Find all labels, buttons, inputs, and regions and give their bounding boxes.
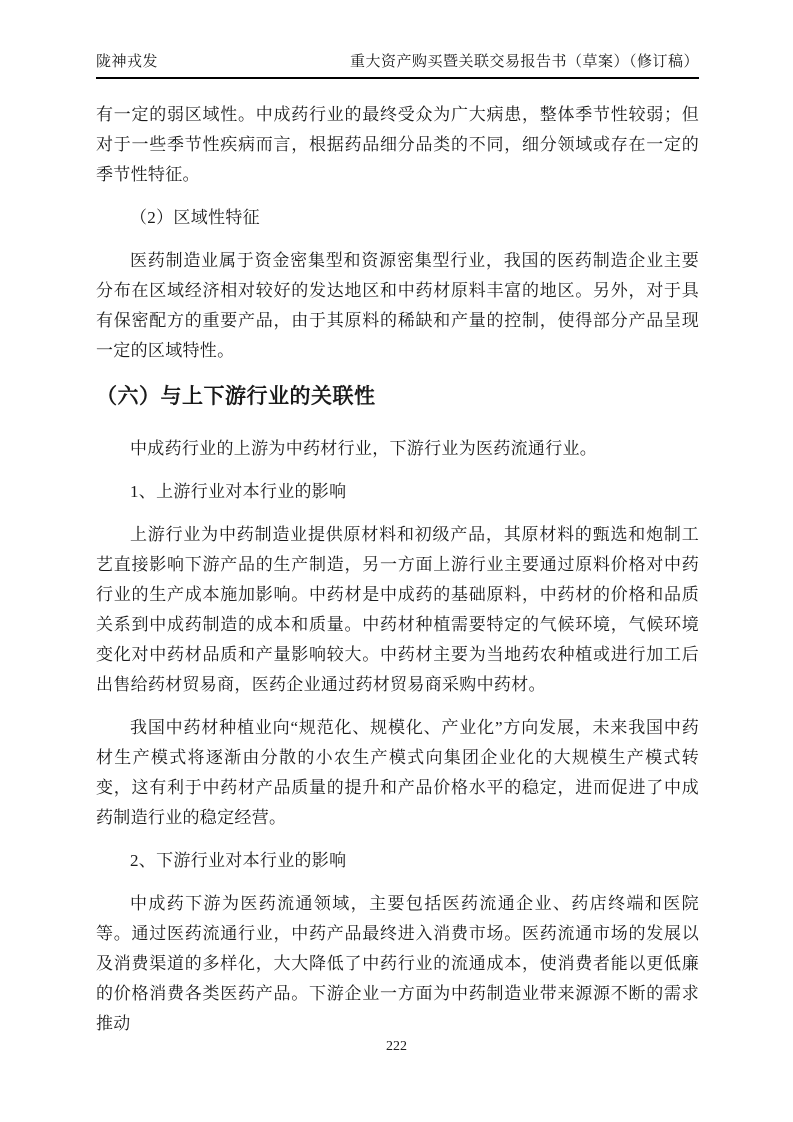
section-heading-industry-linkage: （六）与上下游行业的关联性 — [96, 382, 699, 412]
subheading-regional-feature: （2）区域性特征 — [96, 203, 699, 233]
paragraph-upstream-trend: 我国中药材种植业向“规范化、规模化、产业化”方向发展，未来我国中药材生产模式将逐… — [96, 713, 699, 833]
paragraph-regional-feature: 医药制造业属于资金密集型和资源密集型行业，我国的医药制造企业主要分布在区域经济相… — [96, 246, 699, 366]
document-body: 有一定的弱区域性。中成药行业的最终受众为广大病患，整体季节性较弱；但对于一些季节… — [96, 79, 699, 1039]
header-company-name: 陇神戎发 — [96, 53, 158, 72]
header-report-title: 重大资产购买暨关联交易报告书（草案）（修订稿） — [350, 53, 699, 72]
document-page: 陇神戎发 重大资产购买暨关联交易报告书（草案）（修订稿） 有一定的弱区域性。中成… — [0, 0, 793, 1122]
page-number: 222 — [386, 1039, 407, 1054]
paragraph-seasonality-continuation: 有一定的弱区域性。中成药行业的最终受众为广大病患，整体季节性较弱；但对于一些季节… — [96, 100, 699, 190]
paragraph-downstream: 中成药下游为医药流通领域，主要包括医药流通企业、药店终端和医院等。通过医药流通行… — [96, 889, 699, 1039]
paragraph-chain-intro: 中成药行业的上游为中药材行业，下游行业为医药流通行业。 — [96, 434, 699, 464]
subheading-downstream-impact: 2、下游行业对本行业的影响 — [96, 846, 699, 876]
subheading-upstream-impact: 1、上游行业对本行业的影响 — [96, 477, 699, 507]
page-header: 陇神戎发 重大资产购买暨关联交易报告书（草案）（修订稿） — [96, 53, 699, 79]
page-footer: 222 — [0, 1038, 793, 1056]
paragraph-upstream-supply: 上游行业为中药制造业提供原材料和初级产品，其原材料的甄选和炮制工艺直接影响下游产… — [96, 520, 699, 700]
